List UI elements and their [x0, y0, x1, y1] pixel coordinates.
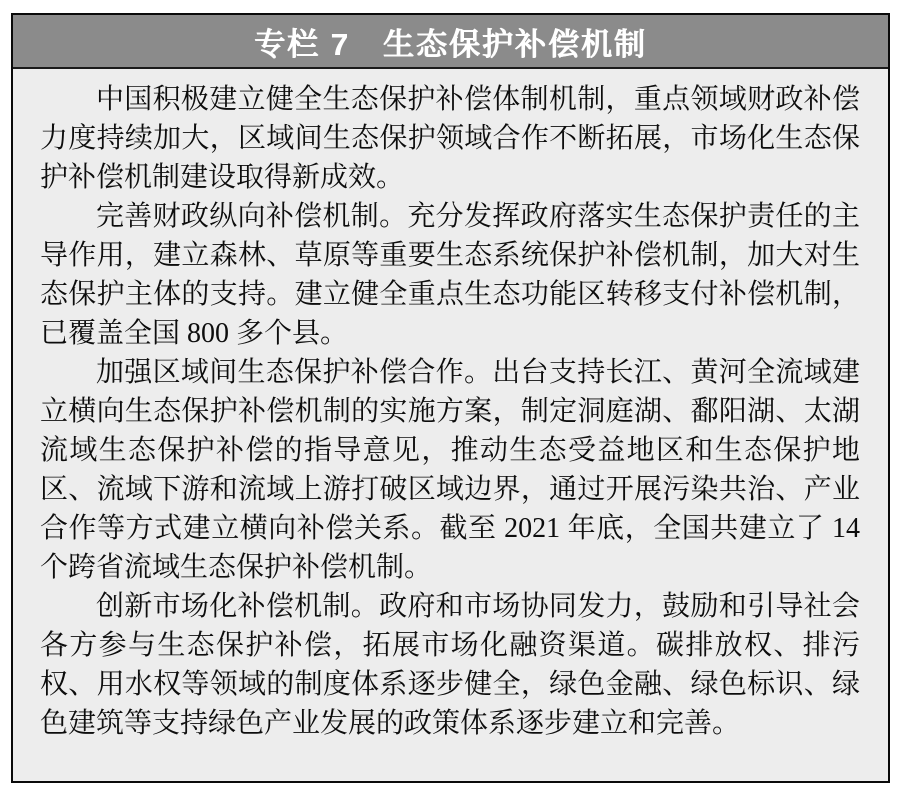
box-header-bar: 专栏 7 生态保护补偿机制	[13, 15, 888, 69]
box-title: 专栏 7 生态保护补偿机制	[254, 19, 647, 64]
paragraph-vertical-compensation: 完善财政纵向补偿机制。充分发挥政府落实生态保护责任的主导作用，建立森林、草原等重…	[40, 197, 860, 353]
paragraph-interregional-cooperation: 加强区域间生态保护补偿合作。出台支持长江、黄河全流域建立横向生态保护补偿机制的实…	[40, 353, 860, 587]
box-body: 中国积极建立健全生态保护补偿体制机制，重点领域财政补偿力度持续加大，区域间生态保…	[13, 69, 888, 761]
box-panel: 专栏 7 生态保护补偿机制 中国积极建立健全生态保护补偿体制机制，重点领域财政补…	[11, 13, 890, 783]
paragraph-intro: 中国积极建立健全生态保护补偿体制机制，重点领域财政补偿力度持续加大，区域间生态保…	[40, 80, 860, 197]
paragraph-market-mechanism: 创新市场化补偿机制。政府和市场协同发力，鼓励和引导社会各方参与生态保护补偿，拓展…	[40, 587, 860, 743]
